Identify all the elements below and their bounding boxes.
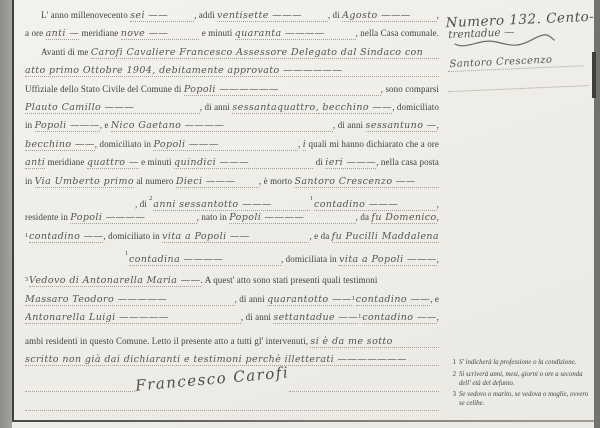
printed-label: , nella Casa comunale. bbox=[356, 28, 439, 38]
printed-label: , di bbox=[135, 199, 149, 209]
act-line: in Via Umberto primo al numero Dieci ———… bbox=[25, 176, 439, 194]
printed-label: , da bbox=[356, 212, 372, 222]
form-left-rule bbox=[12, 0, 14, 421]
footnote-item: 1S' indicherà la professione o la condiz… bbox=[448, 359, 591, 368]
printed-label: , di anni bbox=[200, 102, 233, 112]
act-line: 3Vedovo di Antonarella Maria ——. A quest… bbox=[25, 275, 439, 293]
printed-label: , nato in bbox=[197, 212, 230, 222]
handwritten-entry: becchino —— bbox=[25, 139, 95, 151]
handwritten-entry: sessantuno — bbox=[366, 120, 437, 132]
printed-label: , nella casa posta bbox=[376, 157, 439, 167]
margin-blank-line bbox=[448, 76, 588, 92]
handwritten-entry: Carofi Cavaliere Francesco Assessore Del… bbox=[91, 47, 439, 59]
dotted-blank bbox=[289, 373, 439, 392]
act-line: Plauto Camillo ———, di anni sessantaquat… bbox=[25, 102, 439, 120]
footnote-marker: 1 bbox=[358, 314, 361, 320]
printed-label: , di anni bbox=[241, 312, 274, 322]
printed-label: meridiane bbox=[79, 28, 121, 38]
handwritten-entry: Antonarella Luigi ————— bbox=[25, 312, 241, 324]
footnote-text: Se vedovo o marito, se vedova o moglie, … bbox=[459, 391, 591, 409]
footnote-item: 2Si scriverà anni, mesi, giorni o ore a … bbox=[448, 371, 591, 389]
handwritten-entry: fu Pucilli Maddalena bbox=[332, 231, 439, 243]
printed-label: meridiane bbox=[45, 157, 87, 167]
footnotes: 1S' indicherà la professione o la condiz… bbox=[448, 359, 591, 412]
printed-label: , bbox=[437, 212, 439, 222]
handwritten-entry: quarantotto —— bbox=[267, 294, 352, 306]
footnote-marker: 1 bbox=[25, 233, 28, 239]
printed-label: , bbox=[437, 312, 439, 322]
printed-label: e minuti bbox=[139, 157, 174, 167]
act-line: a ore anti — meridiane nove —— e minuti … bbox=[25, 28, 439, 46]
handwritten-entry: sessantaquattro, bbox=[232, 102, 319, 114]
dotted-blank bbox=[25, 194, 135, 212]
act-line: ambi residenti in questo Comune. Letto i… bbox=[25, 336, 439, 354]
act-line: L' anno millenovecento sei ——, addì vent… bbox=[25, 10, 439, 28]
footnote-marker: 1 bbox=[352, 296, 355, 302]
handwritten-entry: atto primo Ottobre 1904, debitamente app… bbox=[25, 65, 439, 77]
printed-label: , e bbox=[100, 120, 111, 130]
act-line: Massaro Teodoro —————, di anni quarantot… bbox=[25, 294, 439, 312]
printed-label: , addì bbox=[194, 10, 217, 20]
printed-label: , bbox=[437, 199, 439, 209]
margin-column: Numero 132. Cento- trentadue — Santoro C… bbox=[445, 9, 594, 92]
printed-label: Uffiziale dello Stato Civile del Comune … bbox=[25, 84, 184, 94]
footnote-item: 3Se vedovo o marito, se vedova o moglie,… bbox=[448, 391, 591, 409]
handwritten-entry: contadino ——— bbox=[314, 199, 437, 211]
handwritten-entry: vita a Popoli —— bbox=[162, 231, 309, 243]
printed-label: di bbox=[313, 157, 325, 167]
handwritten-entry: ieri ——— bbox=[325, 157, 376, 169]
act-line: 1contadina ————, domiciliata in vita a P… bbox=[25, 249, 439, 267]
handwritten-entry: Agosto ——— bbox=[342, 10, 437, 22]
handwritten-entry: Nico Gaetano ———— bbox=[111, 120, 333, 132]
deceased-name: Santoro Crescenzo bbox=[447, 53, 583, 72]
printed-label: Avanti di me bbox=[41, 47, 91, 57]
act-line bbox=[25, 392, 439, 410]
printed-label: , bbox=[437, 254, 439, 264]
act-line: , di 2anni sessantotto ———1contadino ———… bbox=[25, 194, 439, 212]
handwritten-entry: contadino —— bbox=[29, 231, 103, 243]
handwritten-entry: ventisette ——— bbox=[217, 10, 328, 22]
printed-label: , bbox=[437, 10, 439, 20]
printed-label: , domiciliato in bbox=[103, 231, 162, 241]
footnote-number: 2 bbox=[448, 371, 456, 389]
dotted-blank bbox=[25, 373, 135, 392]
printed-label: , è morto bbox=[259, 176, 295, 186]
act-line: residente in Popoli ————, nato in Popoli… bbox=[25, 212, 439, 230]
handwritten-entry: contadina ———— bbox=[129, 254, 281, 266]
handwritten-entry: quattro — bbox=[87, 157, 139, 169]
printed-label: a ore bbox=[25, 28, 46, 38]
dotted-blank bbox=[25, 392, 439, 410]
act-line: atto primo Ottobre 1904, debitamente app… bbox=[25, 65, 439, 83]
printed-label: in bbox=[25, 120, 35, 130]
footnote-marker: 1 bbox=[125, 251, 128, 257]
handwritten-entry: Plauto Camillo ——— bbox=[25, 102, 200, 114]
act-line: Uffiziale dello Stato Civile del Comune … bbox=[25, 84, 439, 102]
footnote-number: 1 bbox=[448, 359, 456, 368]
printed-label: , sono comparsi bbox=[381, 84, 439, 94]
printed-label: , domiciliata in bbox=[281, 254, 339, 264]
footnote-marker: 3 bbox=[25, 277, 28, 283]
printed-label: al numero bbox=[134, 176, 176, 186]
printed-label: , di bbox=[328, 10, 342, 20]
printed-label: , e bbox=[430, 294, 439, 304]
printed-label: , bbox=[437, 120, 439, 130]
act-line: Antonarella Luigi —————, di anni settant… bbox=[25, 312, 439, 330]
act-line: anti meridiane quattro — e minuti quindi… bbox=[25, 157, 439, 175]
printed-label: , e da bbox=[309, 231, 331, 241]
handwritten-entry: Santoro Crescenzo —— bbox=[294, 176, 439, 188]
printed-label: . A quest' atto sono stati presenti qual… bbox=[201, 275, 378, 285]
printed-label: in bbox=[25, 176, 35, 186]
footnote-text: S' indicherà la professione o la condizi… bbox=[459, 359, 591, 368]
footnote-number: 3 bbox=[448, 391, 456, 409]
handwritten-entry: Popoli —————— bbox=[184, 84, 381, 96]
printed-label: quali mi hanno dichiarato che a ore bbox=[306, 139, 439, 149]
form-bottom-rule bbox=[12, 420, 600, 422]
handwritten-entry: Via Umberto primo bbox=[35, 176, 134, 188]
printed-label: , domiciliato bbox=[392, 102, 439, 112]
printed-label: ambi residenti in questo Comune. Letto i… bbox=[25, 336, 310, 346]
act-line: Francesco Carofi bbox=[25, 372, 439, 392]
handwritten-entry: si è da me sotto bbox=[310, 336, 439, 348]
printed-label: , di anni bbox=[235, 294, 268, 304]
handwritten-entry: quindici ——— bbox=[174, 157, 313, 169]
handwritten-entry: settantadue —— bbox=[273, 312, 358, 324]
handwritten-entry: Vedovo di Antonarella Maria —— bbox=[29, 275, 201, 287]
handwritten-entry: Popoli ———— bbox=[229, 212, 355, 224]
act-line: in Popoli ———, e Nico Gaetano ————, di a… bbox=[25, 120, 439, 138]
handwritten-entry: Popoli ——— bbox=[153, 139, 298, 151]
footnote-marker: 1 bbox=[310, 196, 313, 202]
printed-label: , di anni bbox=[333, 120, 366, 130]
footnote-marker: 2 bbox=[149, 196, 152, 202]
handwritten-entry: Dieci ——— bbox=[176, 176, 259, 188]
printed-label: residente in bbox=[25, 212, 70, 222]
handwritten-entry: Popoli ———— bbox=[70, 212, 196, 224]
handwritten-entry: scritto non già dai dichiaranti e testim… bbox=[25, 354, 439, 366]
handwritten-entry: contadino —— bbox=[362, 312, 436, 324]
act-line: Avanti di me Carofi Cavaliere Francesco … bbox=[25, 47, 439, 65]
handwritten-entry: Massaro Teodoro ————— bbox=[25, 294, 235, 306]
handwritten-entry: contadino —— bbox=[356, 294, 430, 306]
death-record-page: L' anno millenovecento sei ——, addì vent… bbox=[0, 0, 600, 428]
handwritten-entry: sei —— bbox=[130, 10, 194, 22]
handwritten-entry: Popoli ——— bbox=[35, 120, 100, 132]
act-line: becchino ——, domiciliato in Popoli ———, … bbox=[25, 139, 439, 157]
scan-left-edge bbox=[0, 0, 12, 428]
handwritten-entry: becchino —— bbox=[319, 102, 392, 114]
dotted-blank bbox=[25, 249, 125, 267]
act-text-column: L' anno millenovecento sei ——, addì vent… bbox=[25, 10, 439, 411]
handwritten-entry: quaranta ———— bbox=[235, 28, 356, 40]
handwritten-entry: anti bbox=[25, 157, 45, 169]
handwritten-entry: anni sessantotto ——— bbox=[153, 199, 310, 211]
handwritten-entry: vita a Popoli ——— bbox=[339, 254, 437, 266]
footnote-text: Si scriverà anni, mesi, giorni o ore a s… bbox=[459, 371, 591, 389]
handwritten-entry: nove —— bbox=[121, 28, 200, 40]
printed-label: , domiciliato in bbox=[95, 139, 154, 149]
handwritten-entry: anti — bbox=[46, 28, 80, 40]
scan-right-edge bbox=[594, 0, 600, 428]
act-line: 1contadino ——, domiciliato in vita a Pop… bbox=[25, 231, 439, 249]
printed-label: e minuti bbox=[199, 28, 234, 38]
printed-label: L' anno millenovecento bbox=[41, 10, 130, 20]
handwritten-entry: fu Domenico bbox=[371, 212, 436, 224]
